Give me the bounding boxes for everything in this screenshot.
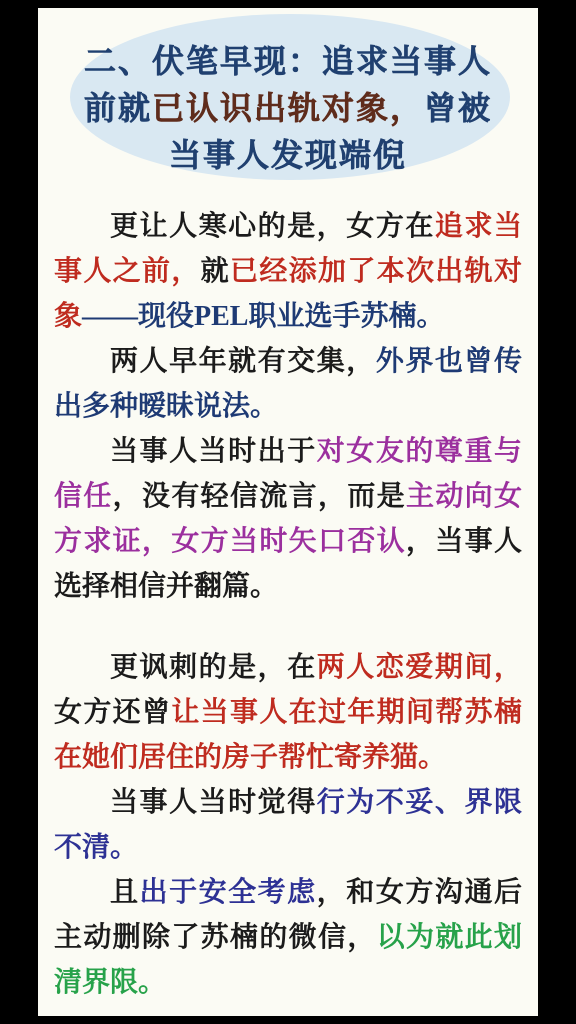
paragraph: 更让人寒心的是，女方在追求当事人之前，就已经添加了本次出轨对象——现役PEL职业… — [54, 204, 522, 339]
text-segment: 女方还曾 — [54, 697, 171, 728]
text-segment: 两人恋爱期间， — [317, 652, 522, 683]
text-segment: 当事人发现端倪 — [169, 136, 407, 174]
text-segment: 已认识出轨对象， — [152, 89, 424, 127]
text-segment: 更让人寒心的是，女方在 — [110, 211, 435, 242]
post-canvas: 二、伏笔早现：追求当事人前就已认识出轨对象，曾被当事人发现端倪 更让人寒心的是，… — [38, 8, 538, 1016]
text-segment: 当事人当时出于 — [110, 436, 317, 467]
paragraph: 两人早年就有交集，外界也曾传出多种暧昧说法。 — [54, 339, 522, 429]
post-body: 更让人寒心的是，女方在追求当事人之前，就已经添加了本次出轨对象——现役PEL职业… — [38, 196, 538, 1005]
text-segment: 曾被 — [424, 89, 492, 127]
paragraph: 当事人当时觉得行为不妥、界限不清。 — [54, 780, 522, 870]
text-segment: 当事人当时觉得 — [110, 787, 317, 818]
text-segment: ——现役PEL职业选手苏楠。 — [82, 301, 444, 332]
title-line: 前就已认识出轨对象，曾被 — [38, 85, 538, 132]
title-area: 二、伏笔早现：追求当事人前就已认识出轨对象，曾被当事人发现端倪 — [38, 8, 538, 196]
text-segment: 就 — [201, 256, 230, 287]
title-line: 当事人发现端倪 — [38, 132, 538, 179]
title-line: 二、伏笔早现：追求当事人 — [38, 38, 538, 85]
text-segment: 更讽刺的是，在 — [110, 652, 317, 683]
text-segment: 出于安全考虑 — [140, 877, 317, 908]
paragraph: 且出于安全考虑，和女方沟通后主动删除了苏楠的微信，以为就此划清界限。 — [54, 870, 522, 1005]
text-segment: 前就 — [84, 89, 152, 127]
post-title: 二、伏笔早现：追求当事人前就已认识出轨对象，曾被当事人发现端倪 — [38, 8, 538, 179]
paragraph: 更讽刺的是，在两人恋爱期间，女方还曾让当事人在过年期间帮苏楠在她们居住的房子帮忙… — [54, 645, 522, 780]
text-segment: 二、伏笔早现：追求当事人 — [84, 42, 492, 80]
letterbox-frame: 二、伏笔早现：追求当事人前就已认识出轨对象，曾被当事人发现端倪 更让人寒心的是，… — [0, 0, 576, 1024]
text-segment: ，没有轻信流言，而是 — [113, 481, 406, 512]
text-segment: 且 — [110, 877, 140, 908]
text-segment: 两人早年就有交集， — [110, 346, 376, 377]
paragraph: 当事人当时出于对女友的尊重与信任，没有轻信流言，而是主动向女方求证，女方当时矢口… — [54, 429, 522, 609]
